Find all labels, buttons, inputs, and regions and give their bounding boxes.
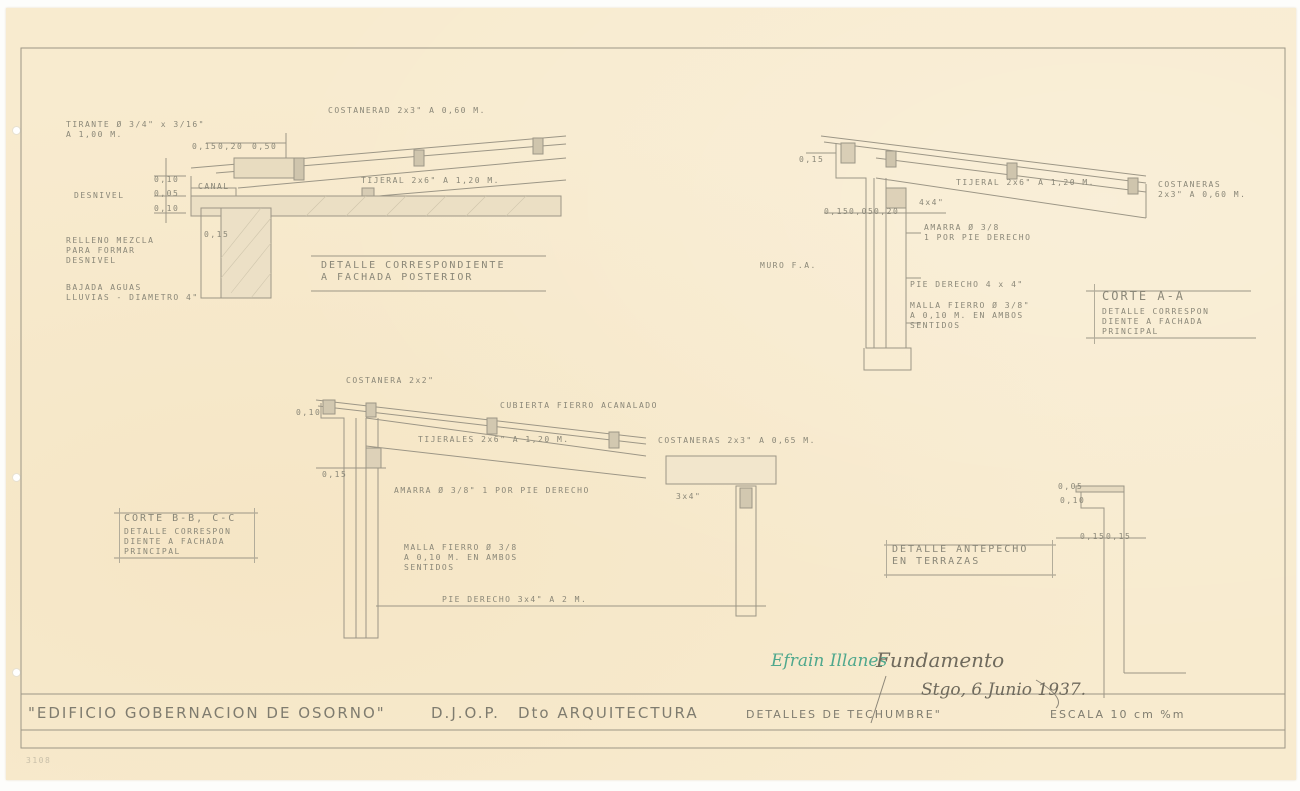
drawing-sheet: TIRANTE Ø 3/4" x 3/16" A 1,00 M. COSTANE… — [6, 8, 1296, 780]
signature-green: Efrain Illanes — [771, 651, 887, 671]
dim: 0,10 — [296, 408, 321, 418]
label-malla: MALLA FIERRO Ø 3/8 A 0,10 M. EN AMBOS SE… — [404, 543, 518, 573]
dim: 0,20 — [218, 142, 243, 152]
detail-bottom-right-drawing — [1056, 486, 1186, 698]
caption-line: DIENTE A FACHADA — [124, 537, 225, 546]
label-amarra: AMARRA Ø 3/8 1 POR PIE DERECHO — [924, 223, 1031, 243]
dim: 0,15 — [824, 207, 849, 217]
dim: 0,15 — [1080, 532, 1105, 542]
label-amarra: AMARRA Ø 3/8" 1 POR PIE DERECHO — [394, 486, 590, 496]
label-line: 1 POR PIE DERECHO — [924, 233, 1031, 242]
label-tijeral: TIJERAL 2x6" A 1,20 M. — [956, 178, 1095, 188]
dim: 0,20 — [874, 207, 899, 217]
label-tirante: TIRANTE Ø 3/4" x 3/16" A 1,00 M. — [66, 120, 205, 140]
label-line: A 0,10 M. EN AMBOS — [910, 311, 1024, 320]
label-costaneras: COSTANERAS 2x3" A 0,60 M. — [1158, 180, 1246, 200]
label-costaneras: COSTANERAS 2x3" A 0,65 M. — [658, 436, 816, 446]
label-muro: MURO F.A. — [760, 261, 817, 271]
label-line: COSTANERAS — [1158, 180, 1221, 189]
label-line: SENTIDOS — [910, 321, 961, 330]
corner-mark: 3108 — [26, 756, 51, 766]
label-line: PARA FORMAR — [66, 246, 135, 255]
label-bajada: BAJADA AGUAS LLUVIAS - DIAMETRO 4" — [66, 283, 199, 303]
dim: 0,15 — [192, 142, 217, 152]
dim: 0,05 — [849, 207, 874, 217]
label-line: DESNIVEL — [66, 256, 117, 265]
caption-corte-aa-title: CORTE A-A — [1102, 290, 1185, 302]
title-project: "EDIFICIO GOBERNACION DE OSORNO" — [28, 704, 386, 722]
label-desnivel: DESNIVEL — [74, 191, 125, 201]
label-relleno: RELLENO MEZCLA PARA FORMAR DESNIVEL — [66, 236, 154, 266]
label-line: MALLA FIERRO Ø 3/8 — [404, 543, 518, 552]
title-office: D.J.O.P. — [431, 704, 500, 722]
caption-line: DETALLE CORRESPONDIENTE — [321, 260, 505, 271]
dim: 0,10 — [1060, 496, 1085, 506]
dim: 0,05 — [1058, 482, 1083, 492]
caption-corte-aa: DETALLE CORRESPON DIENTE A FACHADA PRINC… — [1102, 307, 1209, 337]
dim: 0,15 — [1106, 532, 1131, 542]
dim: 0,10 — [154, 204, 179, 214]
label-line: A 1,00 M. — [66, 130, 123, 139]
caption-top-left: DETALLE CORRESPONDIENTE A FACHADA POSTER… — [321, 260, 505, 284]
caption-line: PRINCIPAL — [124, 547, 181, 556]
title-sheet: DETALLES DE TECHUMBRE" — [746, 708, 942, 721]
caption-line: A FACHADA POSTERIOR — [321, 272, 473, 283]
label-tijeral: TIJERAL 2x6" A 1,20 M. — [361, 176, 500, 186]
border-frame — [21, 48, 1285, 748]
title-department: Dto ARQUITECTURA — [518, 704, 699, 722]
caption-line: PRINCIPAL — [1102, 327, 1159, 336]
label-malla: MALLA FIERRO Ø 3/8" A 0,10 M. EN AMBOS S… — [910, 301, 1030, 331]
dim: 0,15 — [322, 470, 347, 480]
label-tijerales: TIJERALES 2x6" A 1,20 M. — [418, 435, 570, 445]
label-line: BAJADA AGUAS — [66, 283, 142, 292]
label-3x4: 3x4" — [676, 492, 701, 502]
signature-pencil: Fundamento — [876, 648, 1004, 672]
dim: 0,15 — [799, 155, 824, 165]
caption-line: DETALLE CORRESPON — [1102, 307, 1209, 316]
caption-corte-bb-title: CORTE B-B, C-C — [124, 513, 236, 525]
label-line: TIRANTE Ø 3/4" x 3/16" — [66, 120, 205, 129]
caption-antepecho: DETALLE ANTEPECHO EN TERRAZAS — [892, 544, 1028, 568]
label-cubierta: CUBIERTA FIERRO ACANALADO — [500, 401, 658, 411]
caption-line: EN TERRAZAS — [892, 556, 980, 567]
dim: 0,05 — [154, 189, 179, 199]
title-scale: ESCALA 10 cm %m — [1050, 708, 1185, 721]
label-line: LLUVIAS - DIAMETRO 4" — [66, 293, 199, 302]
dim: 0,50 — [252, 142, 277, 152]
label-line: AMARRA Ø 3/8 — [924, 223, 1000, 232]
label-costanera-top: COSTANERA 2x2" — [346, 376, 434, 386]
signature-date: Stgo, 6 Junio 1937. — [921, 680, 1086, 700]
label-line: A 0,10 M. EN AMBOS — [404, 553, 518, 562]
label-line: RELLENO MEZCLA — [66, 236, 154, 245]
label-canal: CANAL — [198, 182, 230, 192]
caption-corte-bb: DETALLE CORRESPON DIENTE A FACHADA PRINC… — [124, 527, 231, 557]
caption-line: DETALLE CORRESPON — [124, 527, 231, 536]
dim: 0,10 — [154, 175, 179, 185]
caption-line: DIENTE A FACHADA — [1102, 317, 1203, 326]
label-pie-derecho: PIE DERECHO 4 x 4" — [910, 280, 1024, 290]
label-line: MALLA FIERRO Ø 3/8" — [910, 301, 1030, 310]
label-pie-derecho: PIE DERECHO 3x4" A 2 M. — [442, 595, 587, 605]
label-line: SENTIDOS — [404, 563, 455, 572]
label-costanera: COSTANERAD 2x3" A 0,60 M. — [328, 106, 486, 116]
label-4x4: 4x4" — [919, 198, 944, 208]
caption-line: DETALLE ANTEPECHO — [892, 544, 1028, 555]
dim: 0,15 — [204, 230, 229, 240]
label-line: 2x3" A 0,60 M. — [1158, 190, 1246, 199]
